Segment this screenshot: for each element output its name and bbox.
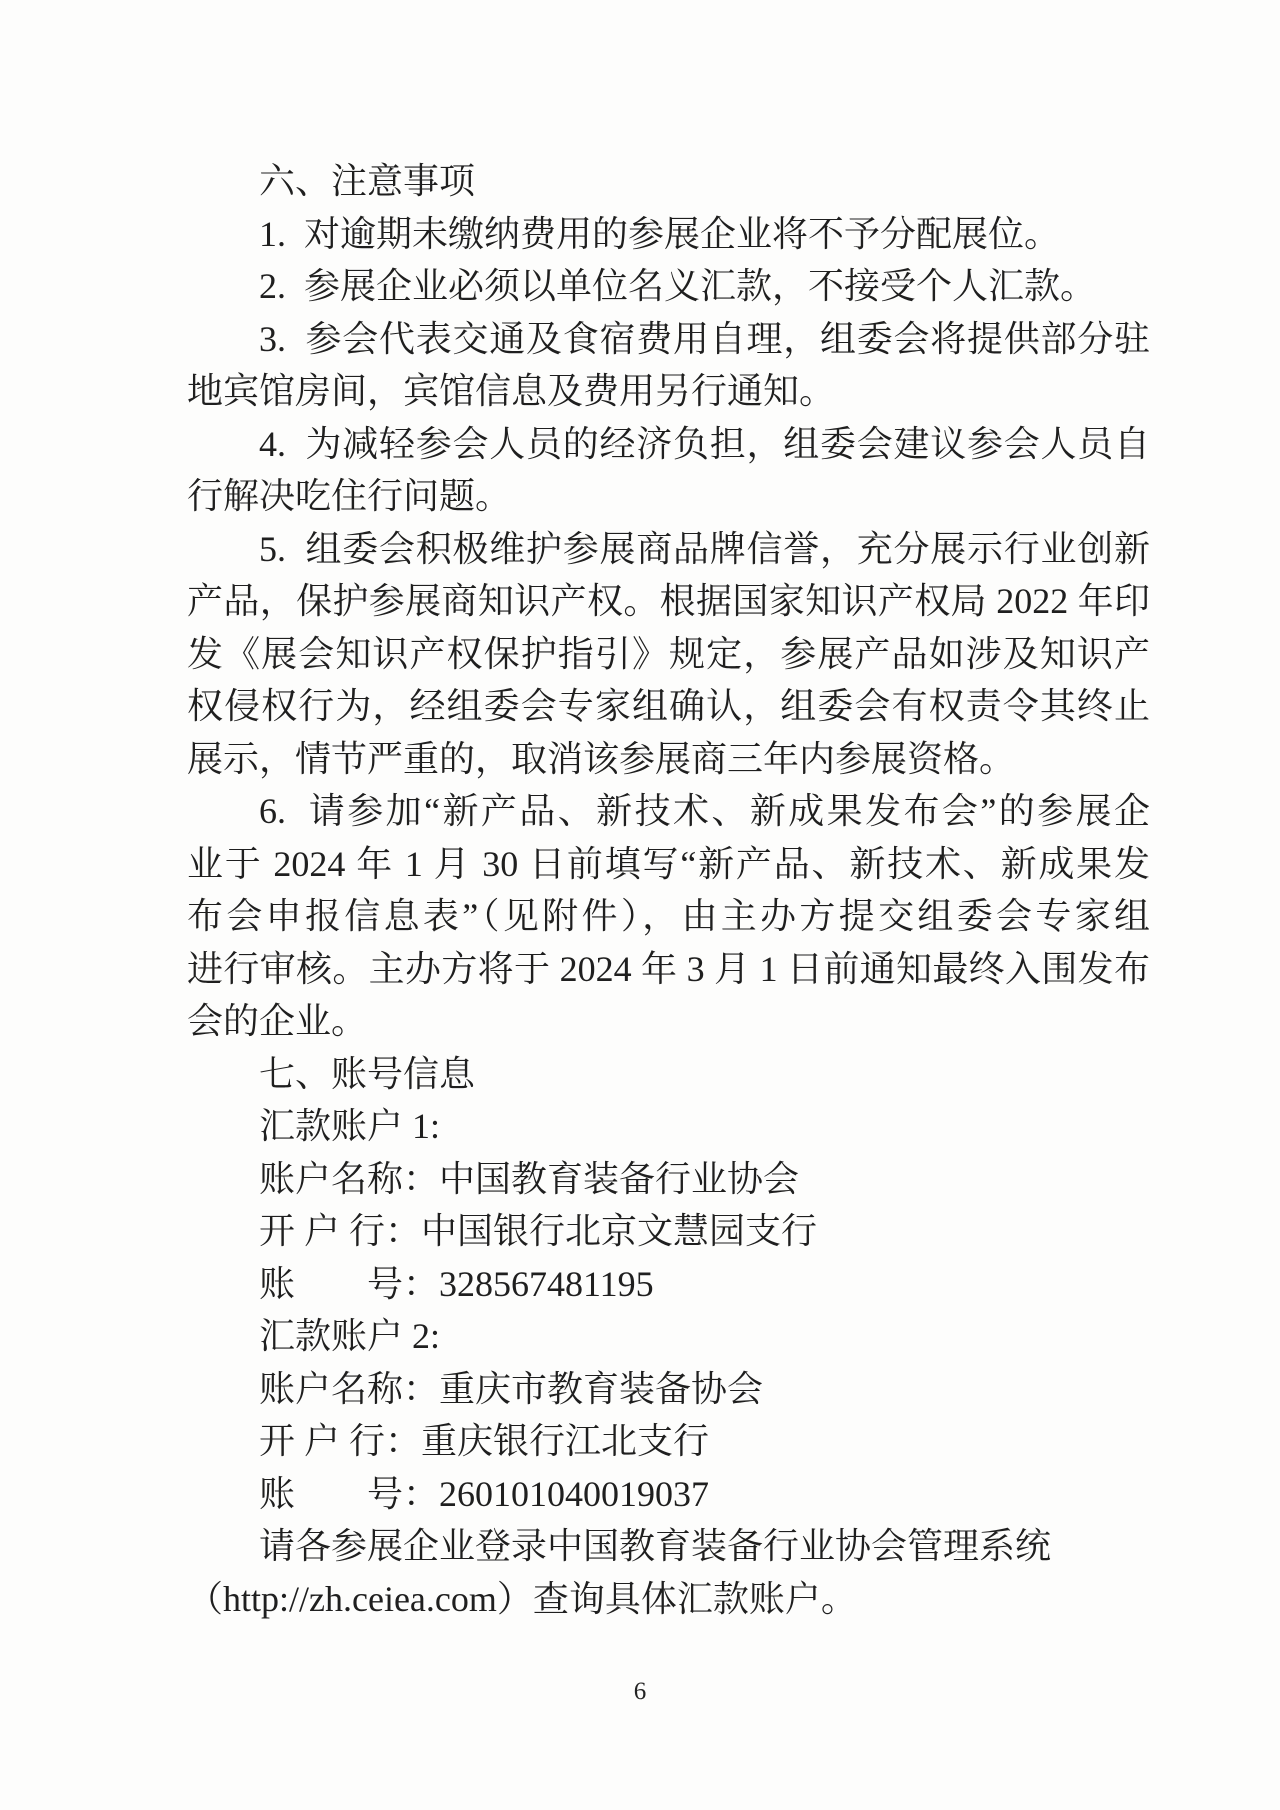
- account-2-bank: 开 户 行：重庆银行江北支行: [187, 1415, 1150, 1468]
- notice-item-4-line1: 4. 为减轻参会人员的经济负担，组委会建议参会人员自: [187, 418, 1150, 471]
- login-note-line1: 请各参展企业登录中国教育装备行业协会管理系统: [187, 1520, 1150, 1573]
- notice-item-3-line2: 地宾馆房间，宾馆信息及费用另行通知。: [187, 365, 1150, 418]
- notice-item-5-line1: 5. 组委会积极维护参展商品牌信誉，充分展示行业创新: [187, 523, 1150, 576]
- section-seven-heading: 七、账号信息: [187, 1048, 1150, 1101]
- notice-item-3-line1: 3. 参会代表交通及食宿费用自理，组委会将提供部分驻: [187, 313, 1150, 366]
- account-2-number: 账 号：260101040019037: [187, 1468, 1150, 1521]
- notice-item-6-line5: 会的企业。: [187, 995, 1150, 1048]
- account-1-bank: 开 户 行：中国银行北京文慧园支行: [187, 1205, 1150, 1258]
- notice-item-4-line2: 行解决吃住行问题。: [187, 470, 1150, 523]
- login-note-line2: （http://zh.ceiea.com）查询具体汇款账户。: [187, 1573, 1150, 1626]
- notice-item-5-line2: 产品，保护参展商知识产权。根据国家知识产权局 2022 年印: [187, 575, 1150, 628]
- notice-item-1: 1. 对逾期未缴纳费用的参展企业将不予分配展位。: [187, 208, 1150, 261]
- notice-item-2: 2. 参展企业必须以单位名义汇款，不接受个人汇款。: [187, 260, 1150, 313]
- notice-item-5-line3: 发《展会知识产权保护指引》规定，参展产品如涉及知识产: [187, 628, 1150, 681]
- notice-item-5-line5: 展示，情节严重的，取消该参展商三年内参展资格。: [187, 733, 1150, 786]
- account-2-name: 账户名称：重庆市教育装备协会: [187, 1363, 1150, 1416]
- notice-item-6-line1: 6. 请参加“新产品、新技术、新成果发布会”的参展企: [187, 785, 1150, 838]
- account-1-name: 账户名称：中国教育装备行业协会: [187, 1153, 1150, 1206]
- section-six-heading: 六、注意事项: [187, 155, 1150, 208]
- notice-item-6-line2: 业于 2024 年 1 月 30 日前填写“新产品、新技术、新成果发: [187, 838, 1150, 891]
- page-number: 6: [0, 1678, 1280, 1706]
- account-1-label: 汇款账户 1:: [187, 1100, 1150, 1153]
- notice-item-6-line3: 布会申报信息表”（见附件），由主办方提交组委会专家组: [187, 890, 1150, 943]
- document-body: 六、注意事项 1. 对逾期未缴纳费用的参展企业将不予分配展位。 2. 参展企业必…: [187, 155, 1150, 1625]
- account-2-label: 汇款账户 2:: [187, 1310, 1150, 1363]
- notice-item-5-line4: 权侵权行为，经组委会专家组确认，组委会有权责令其终止: [187, 680, 1150, 733]
- account-1-number: 账 号：328567481195: [187, 1258, 1150, 1311]
- document-page: 六、注意事项 1. 对逾期未缴纳费用的参展企业将不予分配展位。 2. 参展企业必…: [0, 0, 1280, 1810]
- notice-item-6-line4: 进行审核。主办方将于 2024 年 3 月 1 日前通知最终入围发布: [187, 943, 1150, 996]
